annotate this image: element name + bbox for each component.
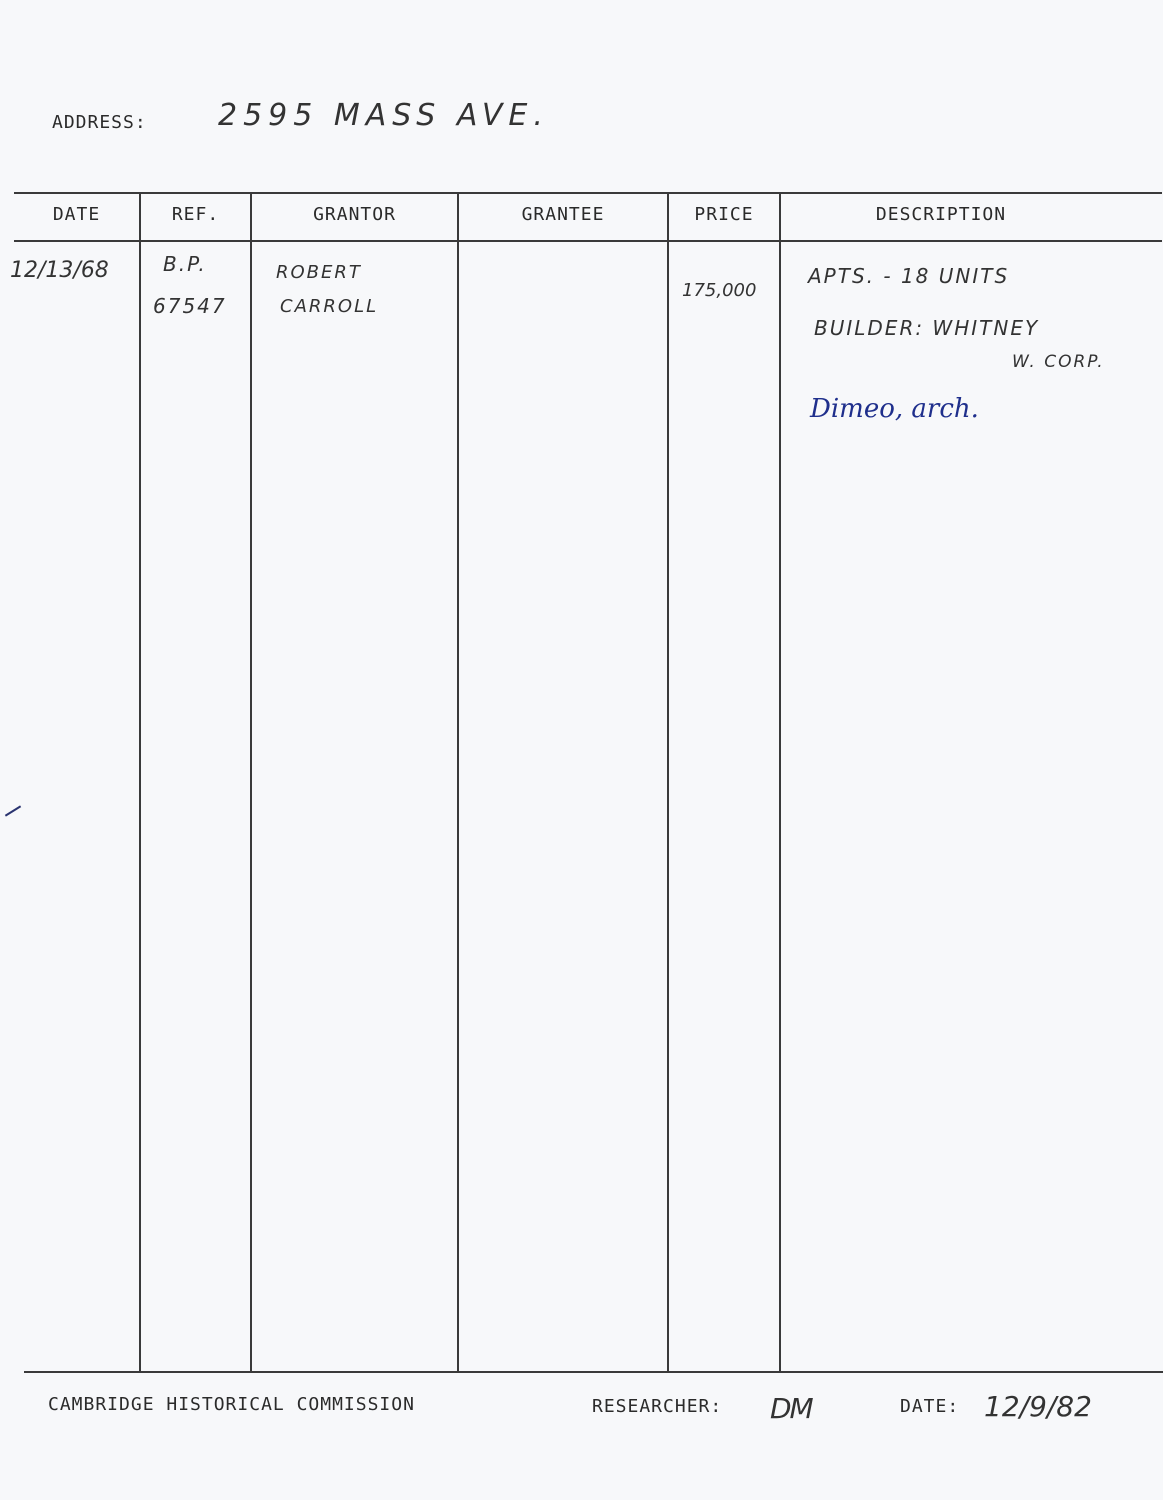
column-divider [250,192,252,1372]
header-grantor: GRANTOR [252,204,457,225]
stray-pen-mark [5,805,21,816]
footer-date-value: 12/9/82 [984,1390,1092,1423]
column-divider [457,192,459,1372]
column-divider [667,192,669,1372]
footer-researcher-label: RESEARCHER: [592,1396,722,1417]
header-description: DESCRIPTION [781,204,1101,225]
header-bottom-rule [14,240,1162,242]
footer-researcher-initials: DM [770,1392,812,1425]
cell-date: 12/13/68 [10,258,109,283]
address-label: ADDRESS: [52,112,147,133]
cell-grantor-first: ROBERT [276,262,362,283]
address-value: 2595 MASS AVE. [218,98,549,133]
column-divider [139,192,141,1372]
header-ref: REF. [141,204,250,225]
table-bottom-rule [24,1371,1163,1373]
header-price: PRICE [669,204,779,225]
cell-description-line2: BUILDER: WHITNEY [814,316,1039,340]
footer-date-label: DATE: [900,1396,959,1417]
footer-organization: CAMBRIDGE HISTORICAL COMMISSION [48,1394,415,1415]
cell-description-line1: APTS. - 18 UNITS [808,264,1009,288]
cell-ref-number: 67547 [153,294,227,318]
cell-description-architect: Dimeo, arch. [810,394,979,424]
cell-price: 175,000 [682,280,756,301]
header-grantee: GRANTEE [459,204,667,225]
table-top-rule [14,192,1162,194]
column-divider [779,192,781,1372]
cell-ref-prefix: B.P. [163,252,207,276]
cell-description-line3: W. CORP. [1012,352,1105,372]
cell-grantor-last: CARROLL [280,296,378,317]
header-date: DATE [14,204,139,225]
